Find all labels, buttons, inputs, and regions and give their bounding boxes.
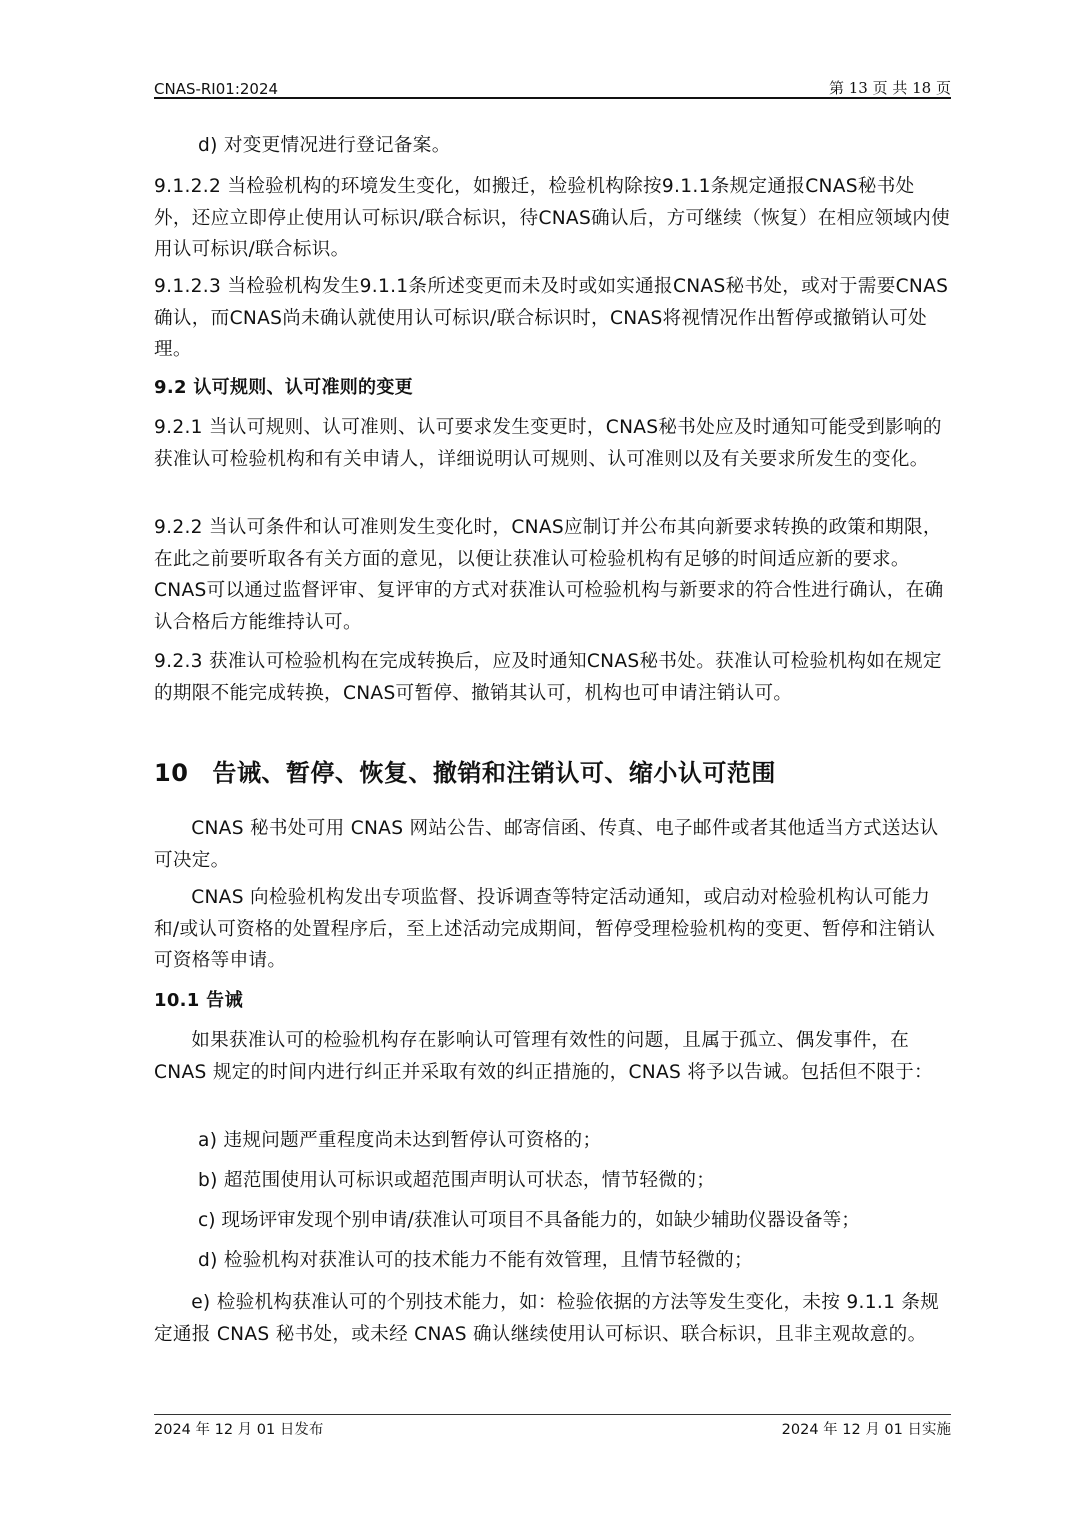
paragraph-10-intro-2: CNAS 向检验机构发出专项监督、投诉调查等特定活动通知，或启动对检验机构认可能… xyxy=(154,882,951,977)
footer-rule xyxy=(154,1414,951,1415)
list-item-d: d) 检验机构对获准认可的技术能力不能有效管理，且情节轻微的； xyxy=(154,1245,995,1277)
list-item-e: e) 检验机构获准认可的个别技术能力，如：检验依据的方法等发生变化，未按 9.1… xyxy=(154,1287,951,1350)
issue-date: 2024 年 12 月 01 日发布 xyxy=(154,1418,323,1439)
section-heading-10-1: 10.1 告诫 xyxy=(154,985,951,1017)
chapter-number: 10 xyxy=(154,759,188,787)
list-item-a: a) 违规问题严重程度尚未达到暂停认可资格的； xyxy=(154,1125,995,1157)
list-item-b: b) 超范围使用认可标识或超范围声明认可状态，情节轻微的； xyxy=(154,1165,995,1197)
page-number: 第 13 页 共 18 页 xyxy=(829,77,951,98)
page-header: CNAS-RI01:2024 第 13 页 共 18 页 xyxy=(154,78,951,98)
chapter-heading-10: 10告诫、暂停、恢复、撤销和注销认可、缩小认可范围 xyxy=(154,758,951,790)
paragraph-10-intro-1: CNAS 秘书处可用 CNAS 网站公告、邮寄信函、传真、电子邮件或者其他适当方… xyxy=(154,813,951,876)
header-rule xyxy=(154,97,951,99)
paragraph-9-1-2-3: 9.1.2.3 当检验机构发生9.1.1条所述变更而未及时或如实通报CNAS秘书… xyxy=(154,271,951,366)
effective-date: 2024 年 12 月 01 日实施 xyxy=(782,1418,951,1439)
list-item-c: c) 现场评审发现个别申请/获准认可项目不具备能力的，如缺少辅助仪器设备等； xyxy=(154,1205,995,1237)
paragraph-10-1: 如果获准认可的检验机构存在影响认可管理有效性的问题，且属于孤立、偶发事件，在 C… xyxy=(154,1025,951,1088)
paragraph-9-2-1: 9.2.1 当认可规则、认可准则、认可要求发生变更时，CNAS秘书处应及时通知可… xyxy=(154,412,951,475)
page-footer: 2024 年 12 月 01 日发布 2024 年 12 月 01 日实施 xyxy=(154,1418,951,1439)
doc-id: CNAS-RI01:2024 xyxy=(154,80,278,98)
paragraph-9-2-3: 9.2.3 获准认可检验机构在完成转换后，应及时通知CNAS秘书处。获准认可检验… xyxy=(154,646,951,709)
list-item-d-prev: d) 对变更情况进行登记备案。 xyxy=(154,130,995,162)
chapter-title: 告诫、暂停、恢复、撤销和注销认可、缩小认可范围 xyxy=(212,759,776,787)
paragraph-9-2-2: 9.2.2 当认可条件和认可准则发生变化时，CNAS应制订并公布其向新要求转换的… xyxy=(154,512,951,638)
section-heading-9-2: 9.2 认可规则、认可准则的变更 xyxy=(154,372,951,404)
document-page: CNAS-RI01:2024 第 13 页 共 18 页 d) 对变更情况进行登… xyxy=(154,0,951,1527)
paragraph-9-1-2-2: 9.1.2.2 当检验机构的环境发生变化，如搬迁，检验机构除按9.1.1条规定通… xyxy=(154,171,951,266)
